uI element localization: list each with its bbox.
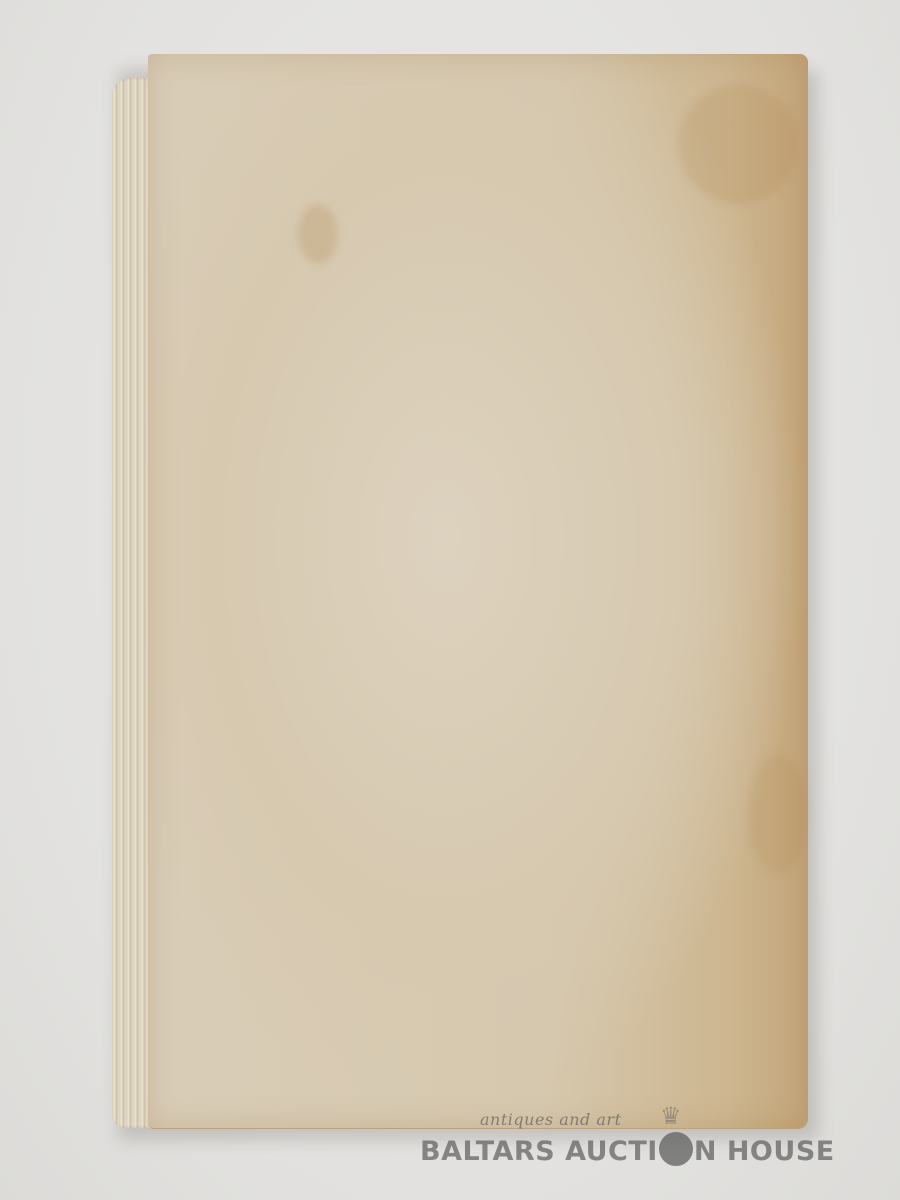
- cover-stain: [678, 84, 798, 204]
- watermark-tagline: antiques and art: [480, 1110, 622, 1129]
- cover-stain: [298, 204, 338, 264]
- logo-circle-icon: [659, 1132, 693, 1166]
- auction-house-watermark: ♛ antiques and art BALTARS AUCTIN HOUSE: [420, 1110, 820, 1180]
- book-cover: [148, 54, 808, 1128]
- watermark-name: BALTARS AUCTIN HOUSE: [420, 1132, 835, 1167]
- cover-stain: [748, 754, 808, 874]
- watermark-name-part1: BALTARS AUCTI: [420, 1136, 658, 1167]
- watermark-name-part2: N HOUSE: [694, 1136, 835, 1167]
